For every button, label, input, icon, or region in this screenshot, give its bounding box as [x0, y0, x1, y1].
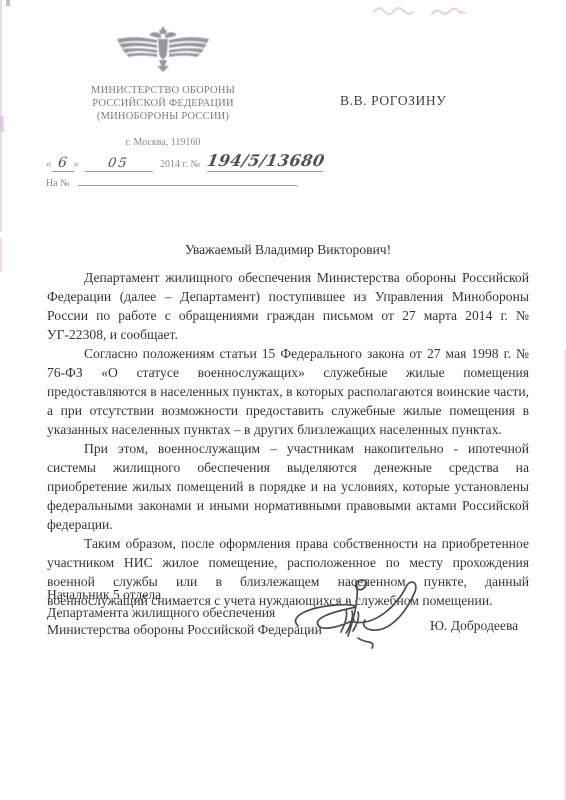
org-address: г. Москва, 119160	[38, 137, 288, 148]
body-paragraph-3: При этом, военнослужащим – участникам на…	[47, 439, 529, 534]
body-paragraph-2: Согласно положениям статьи 15 Федерально…	[47, 344, 529, 439]
reference-blank-slot	[78, 185, 296, 186]
pink-annotation-scribble	[372, 2, 484, 20]
org-name-line2: РОССИЙСКОЙ ФЕДЕРАЦИИ	[38, 97, 288, 110]
signer-name: Ю. Добродеева	[430, 618, 518, 634]
signer-title-line3: Министерства обороны Российской Федераци…	[47, 621, 322, 639]
letterhead: МИНИСТЕРСТВО ОБОРОНЫ РОССИЙСКОЙ ФЕДЕРАЦИ…	[38, 26, 288, 148]
date-day-slot: 6	[52, 155, 74, 172]
signer-title-line1: Начальник 5 отдела	[47, 586, 322, 604]
signature-autograph	[288, 574, 443, 666]
ministry-emblem-eagle-icon	[115, 26, 211, 74]
salutation: Уважаемый Владимир Викторович!	[47, 240, 529, 259]
date-year-label: 2014 г. №	[160, 159, 200, 170]
reference-trailing-mark: ,	[296, 178, 299, 189]
org-name-line3: (МИНОБОРОНЫ РОССИИ)	[38, 110, 288, 123]
date-month-slot: 05	[85, 156, 153, 172]
body-paragraph-1: Департамент жилищного обеспечения Минист…	[47, 268, 529, 344]
reference-label: На №	[46, 178, 70, 189]
handwritten-date-month: 05	[107, 156, 130, 171]
scanned-letter-page: МИНИСТЕРСТВО ОБОРОНЫ РОССИЙСКОЙ ФЕДЕРАЦИ…	[0, 0, 566, 800]
quote-close: »	[74, 158, 80, 170]
reference-line: На №,	[46, 178, 298, 189]
letter-body: Уважаемый Владимир Викторович! Департаме…	[47, 240, 529, 610]
scan-edge-pink-speck-2	[0, 238, 2, 272]
scan-edge-pink-speck	[0, 116, 4, 132]
handwritten-date-day: 6	[57, 155, 67, 171]
signer-title-block: Начальник 5 отдела Департамента жилищног…	[47, 586, 322, 639]
signer-title-line2: Департамента жилищного обеспечения	[47, 604, 322, 622]
doc-number-slot: 194/5/13680	[207, 152, 323, 172]
addressee-name: В.В. РОГОЗИНУ	[340, 93, 446, 109]
handwritten-doc-number: 194/5/13680	[205, 151, 326, 170]
date-number-line: «6» 05 2014 г. № 194/5/13680	[46, 152, 346, 172]
org-name-line1: МИНИСТЕРСТВО ОБОРОНЫ	[38, 84, 288, 97]
scan-corner-speck	[6, 0, 10, 6]
